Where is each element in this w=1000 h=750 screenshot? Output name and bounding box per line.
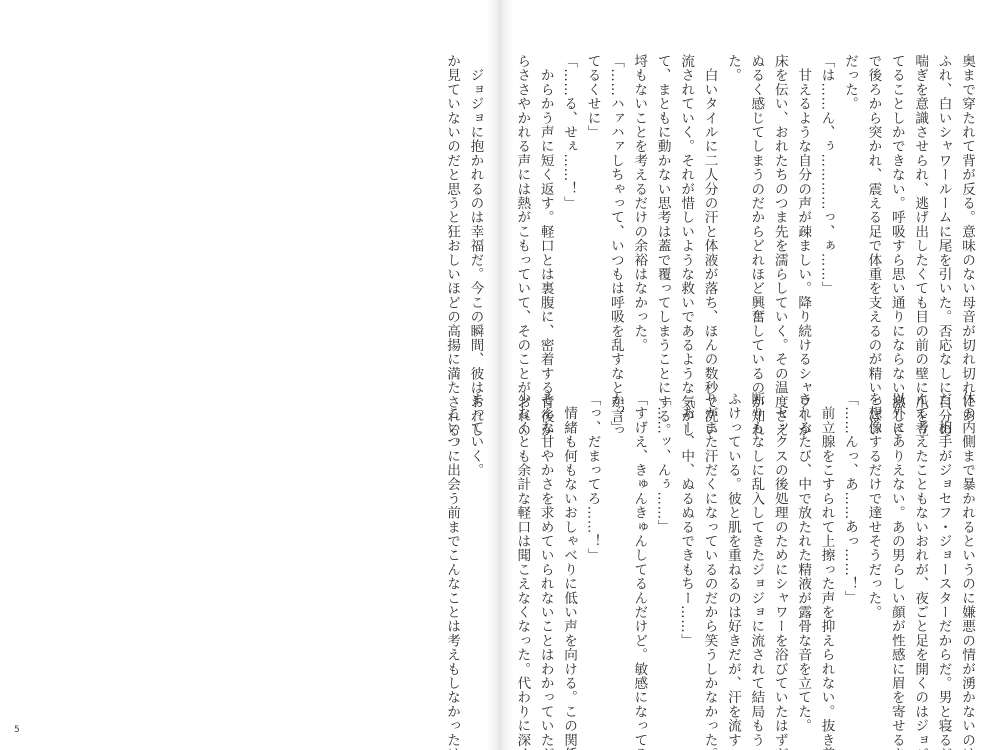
text-line: からかう声に短く返す。軽口とは裏腹に、密着する背後か [533,54,556,354]
text-line: か？」 [604,392,627,692]
text-line: か見ていないのだと思うと狂おしいほどの高揚に満たされる。 [440,54,463,354]
text-line: セックスの後処理のためにシャワーを浴びていたはずが、 [767,392,790,692]
right-page: 奥まで穿たれて背が反る。意味のない母音が切れ切れにあふれ、白いシャワールームに尾… [507,0,1000,750]
text-line: 「……ハァハァしちゃって、いつもは呼吸を乱すなとか言っ [604,54,627,354]
text-line: 前立腺をこすられて上擦った声を抑えられない。抜き差し [814,392,837,692]
left-page: なのに、今や太い性器に犯される快感に悶えている。馬鹿みたいに口を開いて、露骨な仕… [0,0,493,750]
text-line: まっていく。 [463,392,486,692]
text-line: 断りもなしに乱入してきたジョジョに流されて結局もう一度 [744,392,767,692]
text-line: た。 [721,54,744,354]
text-line: 喘ぎを意識させられ、逃げ出したくても目の前の壁に爪を立 [908,54,931,354]
page-number-left: 5 [14,725,20,735]
text-line: を想像するだけで達せそうだった。 [861,392,884,692]
text-line: だ、相手がジョセフ・ジョースターだからだ。男と寝るだな [931,392,954,692]
text-line: 「すげえ、きゅんきゅんしてるんだけど。敏感になってると [627,392,650,692]
text-line: 「……んっ、あ……あっ……！」 [838,392,861,692]
book-spread: なのに、今や太い性器に犯される快感に悶えている。馬鹿みたいに口を開いて、露骨な仕… [0,0,1000,750]
text-line: 体の内側まで暴かれるというのに嫌悪の情が湧かないのはた [955,392,978,692]
text-line: て、まともに動かない思考は蓋で覆ってしまうことにする。 [650,54,673,354]
text-line: 流されていく。それが惜しいような救いであるような気がし [674,54,697,354]
text-line: 「っ、だまってろ……！」 [580,392,603,692]
text-line: ふれ、白いシャワールームに尾を引いた。否応なしに自分の [931,54,954,354]
text-line: てるくせに」 [580,54,603,354]
text-line: てることしかできない。呼吸すら思い通りにならない激しさ [884,54,907,354]
text-line: 「あー、中、ぬるぬるできもちー……」 [674,392,697,692]
text-line: こいつに出会う前までこんなことは考えもしなかったはず [440,392,463,692]
text-line: ジョジョに抱かれるのは幸福だ。今この瞬間、彼はおれし [463,54,486,354]
text-line: だった。 [838,54,861,354]
text-line: 以外にありえない。あの男らしい顔が性感に眉を寄せるさま [884,392,907,692]
text-line: されるたび、中で放たれた精液が露骨な音を立てた。 [791,392,814,692]
right-page-bottom-text: 体の内側まで暴かれるというのに嫌悪の情が湧かないのはただ、相手がジョセフ・ジョー… [440,392,978,692]
text-line: んて考えたこともないおれが、夜ごと足を開くのはジョジョ [908,392,931,692]
book-gutter-shadow [486,0,514,750]
right-page-top-text: 奥まで穿たれて背が反る。意味のない母音が切れ切れにあふれ、白いシャワールームに尾… [440,54,978,354]
text-line: 甘えるような自分の声が疎ましい。降り続けるシャワーが [791,54,814,354]
text-line: 「……ッ、んぅ……」 [650,392,673,692]
text-line: 床を伝い、おれたちのつま先を濡らしていく。その温度さえ [767,54,790,354]
text-line: ぬるく感じてしまうのだからどれほど興奮しているのか知れ [744,54,767,354]
text-line: 埒もないことを考えるだけの余裕はなかった。 [627,54,650,354]
text-line: 奥まで穿たれて背が反る。意味のない母音が切れ切れにあ [955,54,978,354]
text-line: 情緒も何もないおしゃべりに低い声を向ける。この関係に [557,392,580,692]
text-line: りがまた汗だくになっているのだから笑うしかなかった。 [697,392,720,692]
text-line: 「……る、せぇ……！」 [557,54,580,354]
text-line: で後ろから突かれ、震える足で体重を支えるのが精いっぱい [861,54,884,354]
text-line: ふけっている。彼と肌を重ねるのは好きだが、汗を流すつも [721,392,744,692]
text-line: 白いタイルに二人分の汗と体液が落ち、ほんの数秒で洗い [697,54,720,354]
text-line: 「は……ん、ぅ…………っ、ぁ……」 [814,54,837,354]
text-line: そんな甘やかさを求めていられないことはわかっていたが、 [533,392,556,692]
